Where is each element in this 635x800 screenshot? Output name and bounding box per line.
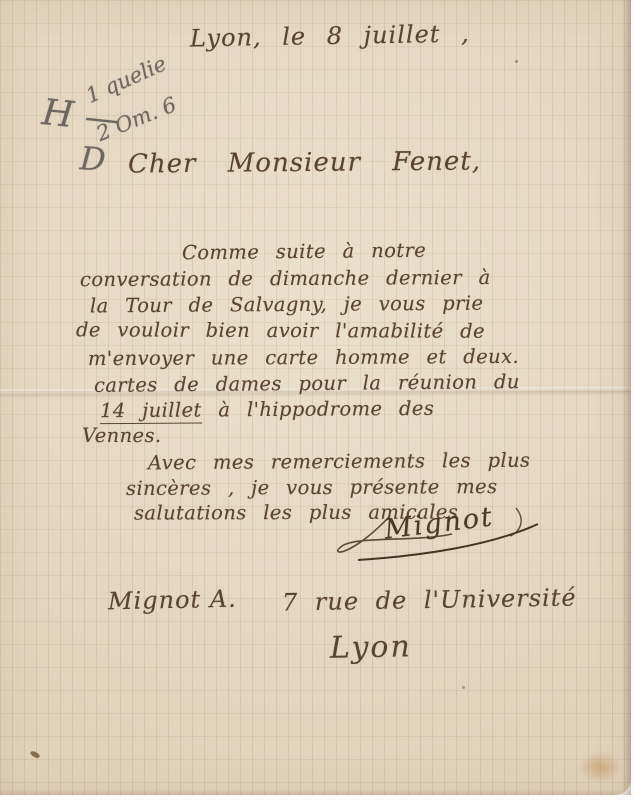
underlined-date: 14 juillet (100, 398, 202, 424)
letter-paper: Lyon, le 8 juillet , H — 1 quelie 2 Om. … (0, 0, 631, 795)
ink-speck (29, 750, 40, 760)
body-line: m'envoyer une carte homme et deux. (88, 345, 519, 370)
body-line: la Tour de Salvagny, je vous prie (90, 292, 484, 318)
body-line: Comme suite à notre (182, 239, 426, 265)
address-city: Lyon (330, 629, 412, 665)
paper-edge-shadow (622, 0, 631, 795)
address-name: Mignot A. (108, 585, 237, 616)
address-street: 7 rue de l'Université (282, 583, 577, 616)
body-line: cartes de dames pour la réunion du (94, 370, 520, 397)
paper-speck (462, 686, 465, 689)
body-line: conversation de dimanche dernier à (80, 266, 491, 291)
body-line: de vouloir bien avoir l'amabilité de (76, 318, 485, 342)
paper-speck (515, 60, 518, 63)
body-line-rest: à l'hippodrome des (202, 397, 435, 422)
paper-stain (578, 752, 622, 782)
pencil-note-d: D (79, 139, 107, 179)
signature: Mignot (320, 498, 560, 570)
closing-line: sincères , je vous présente mes (126, 475, 498, 500)
salutation: Cher Monsieur Fenet, (128, 146, 481, 179)
closing-line: Avec mes remerciements les plus (148, 449, 531, 475)
body-line: Vennes. (82, 424, 162, 447)
body-line-underlined-date: 14 juillet à l'hippodrome des (100, 397, 434, 422)
dateline: Lyon, le 8 juillet , (190, 20, 470, 53)
paper-edge-shadow (0, 789, 631, 795)
